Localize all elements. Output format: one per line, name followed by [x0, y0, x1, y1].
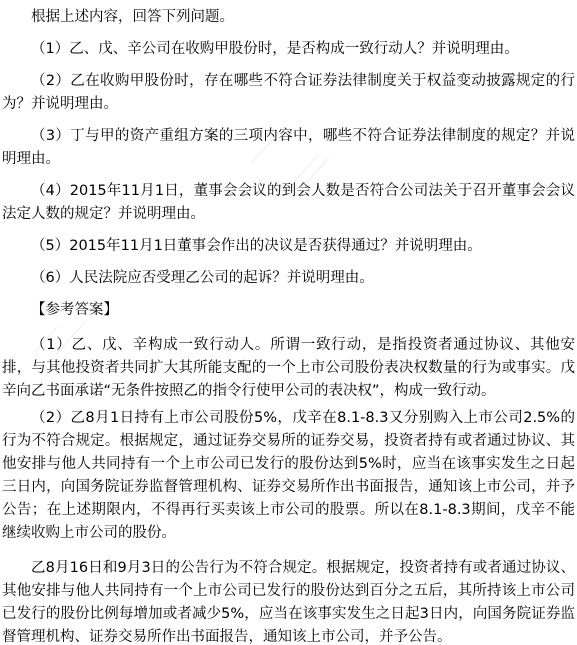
question-2: （2）乙在收购甲股份时，存在哪些不符合证券法律制度关于权益变动披露规定的行为？并… — [2, 70, 575, 116]
exam-document: 根据上述内容，回答下列问题。 （1）乙、戊、辛公司在收购甲股份时，是否构成一致行… — [0, 0, 577, 645]
question-6: （6）人民法院应否受理乙公司的起诉？并说明理由。 — [2, 267, 575, 290]
intro-text: 根据上述内容，回答下列问题。 — [2, 6, 575, 29]
answer-paragraph-3: 乙8月16日和9月3日的公告行为不符合规定。根据规定，投资者持有或者通过协议、其… — [2, 557, 575, 645]
question-5: （5）2015年11月1日董事会作出的决议是否获得通过？并说明理由。 — [2, 235, 575, 258]
question-4: （4）2015年11月1日，董事会会议的到会人数是否符合公司法关于召开董事会会议… — [2, 180, 575, 226]
question-1: （1）乙、戊、辛公司在收购甲股份时，是否构成一致行动人？并说明理由。 — [2, 38, 575, 61]
question-3: （3）丁与甲的资产重组方案的三项内容中，哪些不符合证券法律制度的规定？并说明理由… — [2, 125, 575, 171]
answer-paragraph-2: （2）乙8月1日持有上市公司股份5%，戊辛在8.1-8.3又分别购入上市公司2.… — [2, 407, 575, 545]
answer-paragraph-1: （1）乙、戊、辛构成一致行动人。所谓一致行动，是指投资者通过协议、其他安排，与其… — [2, 334, 575, 403]
answer-section-heading: 【参考答案】 — [2, 299, 575, 322]
